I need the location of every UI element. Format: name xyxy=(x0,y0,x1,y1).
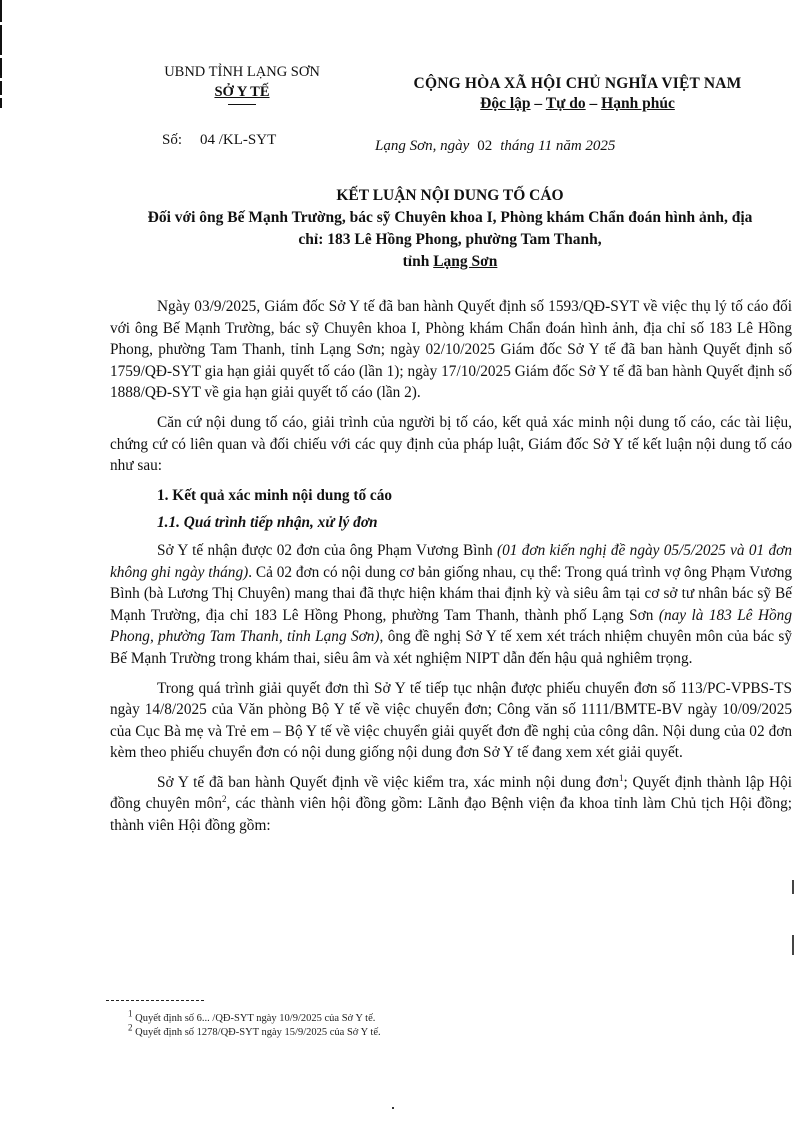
scan-speck xyxy=(392,1107,394,1109)
motto-separator: – xyxy=(586,95,602,112)
issuing-authority: UBND TỈNH LẠNG SƠN SỞ Y TẾ xyxy=(112,62,372,105)
motto-part: Tự do xyxy=(546,95,586,112)
authority-name: UBND TỈNH LẠNG SƠN xyxy=(112,62,372,82)
footnote: 2 Quyết định số 1278/QĐ-SYT ngày 15/9/20… xyxy=(128,1026,381,1040)
paragraph: Ngày 03/9/2025, Giám đốc Sở Y tế đã ban … xyxy=(110,296,792,404)
document-number: Số:04 /KL-SYT xyxy=(162,132,276,149)
document-body: Ngày 03/9/2025, Giám đốc Sở Y tế đã ban … xyxy=(110,296,792,845)
national-motto: Độc lập – Tự do – Hạnh phúc xyxy=(355,94,800,114)
section-heading: 1. Kết quả xác minh nội dung tố cáo xyxy=(110,485,792,507)
motto-part: Hạnh phúc xyxy=(601,95,675,112)
date-rest: tháng 11 năm 2025 xyxy=(500,138,615,154)
department-name: SỞ Y TẾ xyxy=(112,82,372,102)
date-prefix: Lạng Sơn, ngày xyxy=(375,138,469,154)
paragraph: Sở Y tế nhận được 02 đơn của ông Phạm Vư… xyxy=(110,540,792,670)
subtitle-text: Lạng Sơn xyxy=(433,253,497,270)
document-date: Lạng Sơn, ngày02tháng 11 năm 2025 xyxy=(375,138,615,155)
subtitle-text: Đối với ông Bế Mạnh Trường, bác sỹ Chuyê… xyxy=(148,209,753,248)
document-title-block: KẾT LUẬN NỘI DUNG TỐ CÁO Đối với ông Bế … xyxy=(110,185,790,273)
scan-edge-artifact xyxy=(0,0,3,110)
document-number-label: Số: xyxy=(162,132,182,148)
scan-mark xyxy=(792,880,794,894)
document-subtitle: Đối với ông Bế Mạnh Trường, bác sỹ Chuyê… xyxy=(110,207,790,273)
divider xyxy=(228,104,256,105)
nation-name: CỘNG HÒA XÃ HỘI CHỦ NGHĨA VIỆT NAM xyxy=(355,74,800,94)
scan-mark xyxy=(792,935,794,955)
paragraph: Sở Y tế đã ban hành Quyết định về việc k… xyxy=(110,772,792,837)
subtitle-text: tỉnh xyxy=(403,253,434,270)
national-header: CỘNG HÒA XÃ HỘI CHỦ NGHĨA VIỆT NAM Độc l… xyxy=(355,74,800,114)
date-day: 02 xyxy=(477,138,492,154)
paragraph: Căn cứ nội dung tố cáo, giải trình của n… xyxy=(110,412,792,477)
footnotes: 1 Quyết định số 6... /QĐ-SYT ngày 10/9/2… xyxy=(128,1012,381,1040)
document-number-value: 04 /KL-SYT xyxy=(200,132,276,148)
paragraph: Trong quá trình giải quyết đơn thì Sở Y … xyxy=(110,678,792,764)
motto-separator: – xyxy=(531,95,546,112)
subsection-heading: 1.1. Quá trình tiếp nhận, xử lý đơn xyxy=(110,512,792,534)
footnote-divider xyxy=(106,1000,204,1001)
motto-part: Độc lập xyxy=(480,95,530,112)
document-title: KẾT LUẬN NỘI DUNG TỐ CÁO xyxy=(110,185,790,207)
footnote: 1 Quyết định số 6... /QĐ-SYT ngày 10/9/2… xyxy=(128,1012,381,1026)
